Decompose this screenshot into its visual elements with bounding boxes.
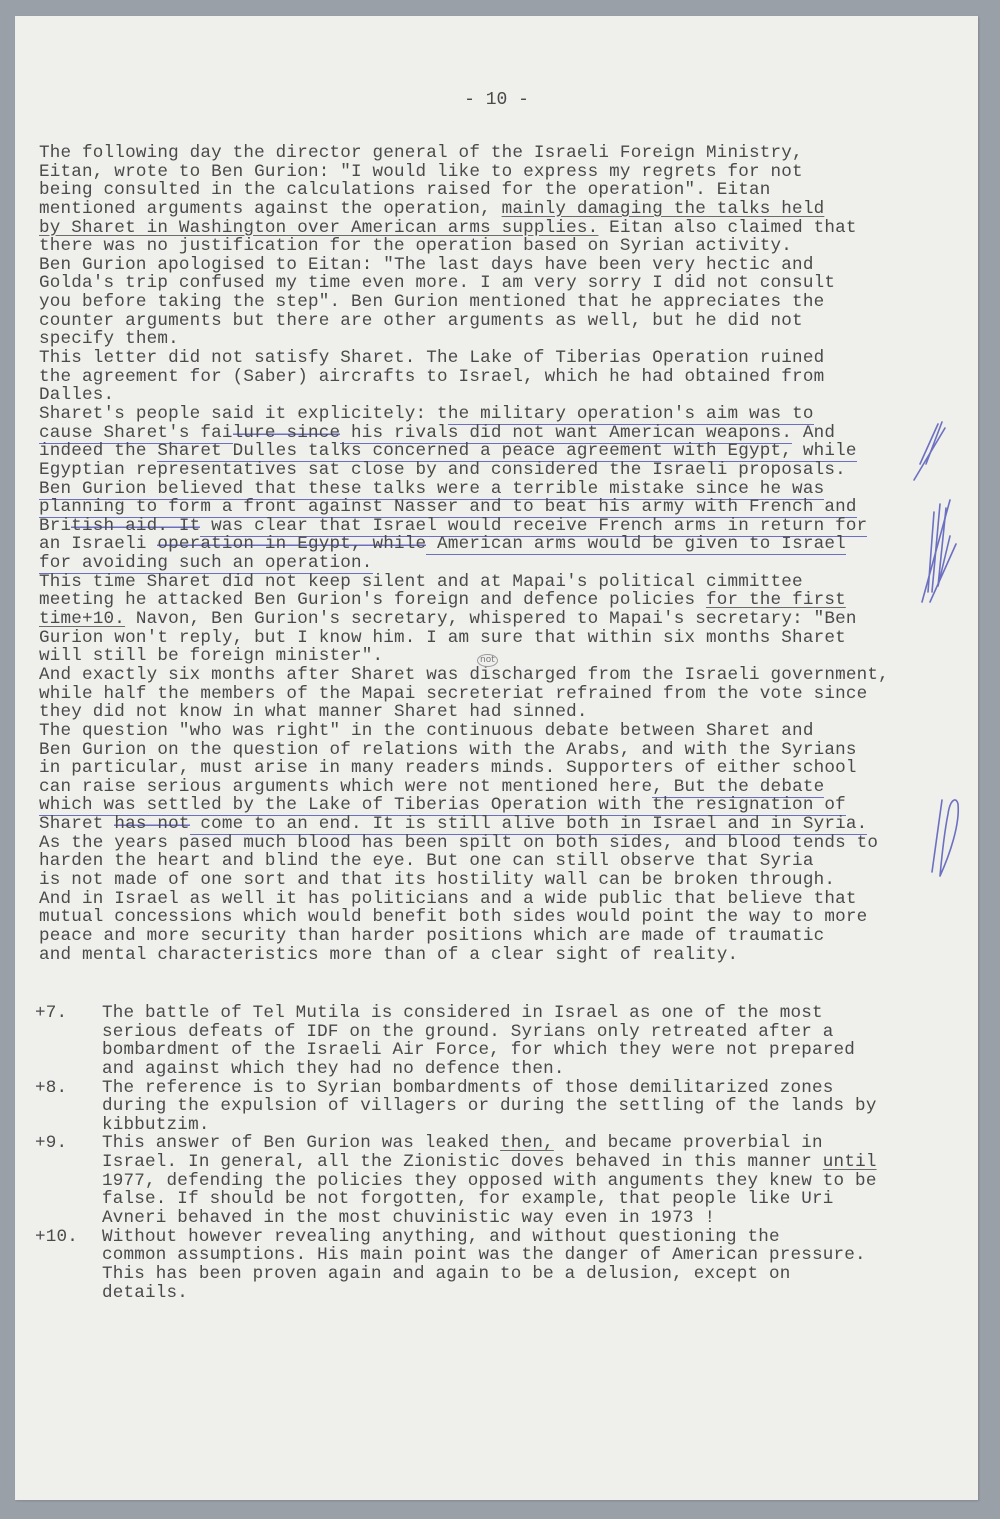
struck-text: tish aid. It	[71, 516, 200, 536]
body-line: planning to form a front against Nasser …	[39, 498, 889, 517]
underlined-text: mainly damaging the talks held	[502, 199, 825, 219]
text-run: can raise serious arguments which were n…	[39, 777, 652, 797]
text-run: you before taking the step". Ben Gurion …	[39, 292, 824, 312]
text-run: Eitan also claimed that	[598, 218, 856, 238]
body-text: The following day the director general o…	[39, 144, 889, 964]
text-run: in particular, must arise in many reader…	[39, 758, 857, 778]
footnote-text: This answer of Ben Gurion was leaked the…	[102, 1134, 877, 1227]
text-run: Without however revealing anything, and …	[102, 1227, 780, 1247]
body-line: meeting he attacked Ben Gurion's foreign…	[39, 591, 889, 610]
footnote-line: This answer of Ben Gurion was leaked the…	[102, 1134, 877, 1153]
body-line: Sharet has not come to an end. It is sti…	[39, 815, 889, 834]
text-run: details.	[102, 1283, 188, 1303]
text-run: an Israeli	[39, 534, 157, 554]
body-line: and mental characteristics more than of …	[39, 946, 889, 965]
struck-text: operation in Egypt, while	[157, 534, 426, 554]
text-run: during the expulsion of villagers or dur…	[102, 1096, 877, 1116]
footnote-line: details.	[102, 1284, 866, 1303]
body-line: for avoiding such an operation.	[39, 554, 889, 573]
text-run: And in Israel as well it has politicians…	[39, 889, 857, 909]
text-run: And	[792, 423, 835, 443]
text-run: Eitan, wrote to Ben Gurion: "I would lik…	[39, 162, 803, 182]
footnote-line: bombardment of the Israeli Air Force, fo…	[102, 1041, 855, 1060]
body-line: Eitan, wrote to Ben Gurion: "I would lik…	[39, 163, 889, 182]
text-run: while half the members of the Mapai secr…	[39, 684, 867, 704]
text-run: harden the heart and blind the eye. But …	[39, 851, 814, 871]
footnote-line: The battle of Tel Mutila is considered i…	[102, 1004, 855, 1023]
body-line: counter arguments but there are other ar…	[39, 312, 889, 331]
footnote-number: +7.	[35, 1004, 102, 1079]
body-line: mutual concessions which would benefit b…	[39, 908, 889, 927]
body-line: is not made of one sort and that its hos…	[39, 871, 889, 890]
body-line: an Israeli operation in Egypt, while Ame…	[39, 535, 889, 554]
body-line: British aid. It was clear that Israel wo…	[39, 517, 889, 536]
text-run: false. If should be not forgotten, for e…	[102, 1189, 834, 1209]
footnote-text: Without however revealing anything, and …	[102, 1228, 866, 1303]
body-line: time+10. Navon, Ben Gurion's secretary, …	[39, 610, 889, 629]
text-run: they did not know in what manner Sharet …	[39, 702, 588, 722]
text-run: Gurion won't reply, but I know him. I am…	[39, 628, 846, 648]
page-number: - 10 -	[15, 90, 978, 110]
footnote-line: kibbutzim.	[102, 1116, 877, 1135]
body-line: indeed the Sharet Dulles talks concerned…	[39, 442, 889, 461]
body-line: being consulted in the calculations rais…	[39, 181, 889, 200]
text-run: Sharet's people said it explicitely: t	[39, 404, 448, 424]
body-line: harden the heart and blind the eye. But …	[39, 852, 889, 871]
footnote-line: and against which they had no defence th…	[102, 1060, 855, 1079]
body-line: The following day the director general o…	[39, 144, 889, 163]
footnote-line: 1977, defending the policies they oppose…	[102, 1172, 877, 1191]
footnote-number: +10.	[35, 1228, 102, 1303]
text-run: and mental characteristics more than of …	[39, 945, 738, 965]
body-line: mentioned arguments against the operatio…	[39, 200, 889, 219]
text-run: mutual concessions which would benefit b…	[39, 907, 867, 927]
text-run: As the years pased much blood has been s…	[39, 833, 878, 853]
footnote-number: +8.	[35, 1079, 102, 1135]
text-run: Ben Gurion on the question of relations …	[39, 740, 857, 760]
body-line: And in Israel as well it has politicians…	[39, 890, 889, 909]
text-run: Navon, Ben Gurion's secretary, whispered…	[125, 609, 857, 629]
body-line: can raise serious arguments which were n…	[39, 778, 889, 797]
body-line: by Sharet in Washington over American ar…	[39, 219, 889, 238]
text-run: serious defeats of IDF on the ground. Sy…	[102, 1022, 834, 1042]
underlined-text: time+10.	[39, 609, 125, 629]
body-line: cause Sharet's failure since his rivals …	[39, 424, 889, 443]
text-run: The reference is to Syrian bombardments …	[102, 1078, 834, 1098]
body-line: Ben Gurion on the question of relations …	[39, 741, 889, 760]
body-line: they did not know in what manner Sharet …	[39, 703, 889, 722]
text-run: 1977, defending the policies they oppose…	[102, 1171, 877, 1191]
document-page: - 10 - The following day the director ge…	[15, 16, 978, 1500]
footnote: +7.The battle of Tel Mutila is considere…	[35, 1004, 877, 1079]
text-run: and became proverbial in	[554, 1133, 823, 1153]
body-line: the agreement for (Saber) aircrafts to I…	[39, 368, 889, 387]
footnote-line: serious defeats of IDF on the ground. Sy…	[102, 1023, 855, 1042]
text-run: the agreement for (Saber) aircrafts to I…	[39, 367, 824, 387]
footnote-line: false. If should be not forgotten, for e…	[102, 1190, 877, 1209]
text-run: and against which they had no defence th…	[102, 1059, 565, 1079]
text-run: This has been proven again and again to …	[102, 1264, 791, 1284]
footnote-line: Israel. In general, all the Zionistic do…	[102, 1153, 877, 1172]
text-run: Bri	[39, 516, 71, 536]
text-run: Israel. In general, all the Zionistic do…	[102, 1152, 823, 1172]
body-line: peace and more security than harder posi…	[39, 927, 889, 946]
struck-text: lure since	[233, 423, 341, 443]
text-run: Sharet	[39, 814, 114, 834]
text-run: And exactly six months after Sharet was …	[39, 665, 889, 685]
body-line: which was settled by the Lake of Tiberia…	[39, 796, 889, 815]
text-run: counter arguments but there are other ar…	[39, 311, 803, 331]
footnote-text: The battle of Tel Mutila is considered i…	[102, 1004, 855, 1079]
text-run: kibbutzim.	[102, 1115, 210, 1135]
text-run: Egyptian representatives sat close by an…	[39, 460, 846, 480]
text-run: Avneri behaved in the most chuvinistic w…	[102, 1208, 715, 1228]
body-line: As the years pased much blood has been s…	[39, 834, 889, 853]
footnote-line: The reference is to Syrian bombardments …	[102, 1079, 877, 1098]
text-run: will still be foreign minister".	[39, 646, 383, 666]
text-run: The battle of Tel Mutila is considered i…	[102, 1003, 823, 1023]
underlined-text: then,	[500, 1133, 554, 1153]
body-line: Dalles.	[39, 386, 889, 405]
body-line: This time Sharet did not keep silent and…	[39, 573, 889, 592]
body-line: you before taking the step". Ben Gurion …	[39, 293, 889, 312]
footnote-line: This has been proven again and again to …	[102, 1265, 866, 1284]
footnote: +10.Without however revealing anything, …	[35, 1228, 877, 1303]
body-line: Golda's trip confused my time even more.…	[39, 274, 889, 293]
text-run: This answer of Ben Gurion was leaked	[102, 1133, 500, 1153]
footnote-line: Avneri behaved in the most chuvinistic w…	[102, 1209, 877, 1228]
footnote-number: +9.	[35, 1134, 102, 1227]
margin-pen-mark-icon	[928, 794, 968, 884]
text-run: specify them.	[39, 329, 179, 349]
body-line: Gurion won't reply, but I know him. I am…	[39, 629, 889, 648]
footnote-text: The reference is to Syrian bombardments …	[102, 1079, 877, 1135]
body-line: Sharet's people said it explicitely: the…	[39, 405, 889, 424]
text-run: The question "who was right" in the cont…	[39, 721, 814, 741]
underlined-text: by Sharet in Washington over American ar…	[39, 218, 598, 238]
body-line: Egyptian representatives sat close by an…	[39, 461, 889, 480]
text-run: indeed the	[39, 441, 157, 461]
text-run: mentioned arguments against the operatio…	[39, 199, 502, 219]
body-line: in particular, must arise in many reader…	[39, 759, 889, 778]
text-run: is not made of one sort and that its hos…	[39, 870, 835, 890]
text-run: bombardment of the Israeli Air Force, fo…	[102, 1040, 855, 1060]
body-line: specify them.	[39, 330, 889, 349]
text-run: Ben Gurion apologised to Eitan: "The las…	[39, 255, 814, 275]
body-line: will still be foreign minister".	[39, 647, 889, 666]
footnote: +9.This answer of Ben Gurion was leaked …	[35, 1134, 877, 1227]
text-run: This time Sharet did not keep silent and…	[39, 572, 803, 592]
body-line: And exactly six months after Sharet was …	[39, 666, 889, 685]
footnote-line: Without however revealing anything, and …	[102, 1228, 866, 1247]
text-run: common assumptions. His main point was t…	[102, 1245, 866, 1265]
underlined-text: for the first	[706, 590, 846, 610]
text-run: The following day the director general o…	[39, 143, 803, 163]
text-run: Dalles.	[39, 385, 114, 405]
body-line: there was no justification for the opera…	[39, 237, 889, 256]
footnotes: +7.The battle of Tel Mutila is considere…	[35, 1004, 877, 1302]
footnote: +8.The reference is to Syrian bombardmen…	[35, 1079, 877, 1135]
footnote-line: during the expulsion of villagers or dur…	[102, 1097, 877, 1116]
text-run: Golda's trip confused my time even more.…	[39, 273, 835, 293]
body-line: Ben Gurion believed that these talks wer…	[39, 480, 889, 499]
margin-pen-mark-icon	[900, 416, 960, 606]
text-run: meeting he attacked Ben Gurion's foreign…	[39, 590, 706, 610]
underlined-text: he military operation's aim was to	[448, 404, 814, 425]
text-run: there was no justification for the opera…	[39, 236, 792, 256]
body-line: This letter did not satisfy Sharet. The …	[39, 349, 889, 368]
body-line: Ben Gurion apologised to Eitan: "The las…	[39, 256, 889, 275]
body-line: The question "who was right" in the cont…	[39, 722, 889, 741]
underlined-text: until	[823, 1152, 877, 1172]
text-run: peace and more security than harder posi…	[39, 926, 824, 946]
underlined-text: American arms would be given to Israel	[426, 534, 846, 555]
body-line: while half the members of the Mapai secr…	[39, 685, 889, 704]
handwritten-annotation: not	[477, 654, 498, 667]
struck-text: has not	[114, 814, 189, 834]
footnote-line: common assumptions. His main point was t…	[102, 1246, 866, 1265]
text-run: This letter did not satisfy Sharet. The …	[39, 348, 824, 368]
text-run: being consulted in the calculations rais…	[39, 180, 771, 200]
